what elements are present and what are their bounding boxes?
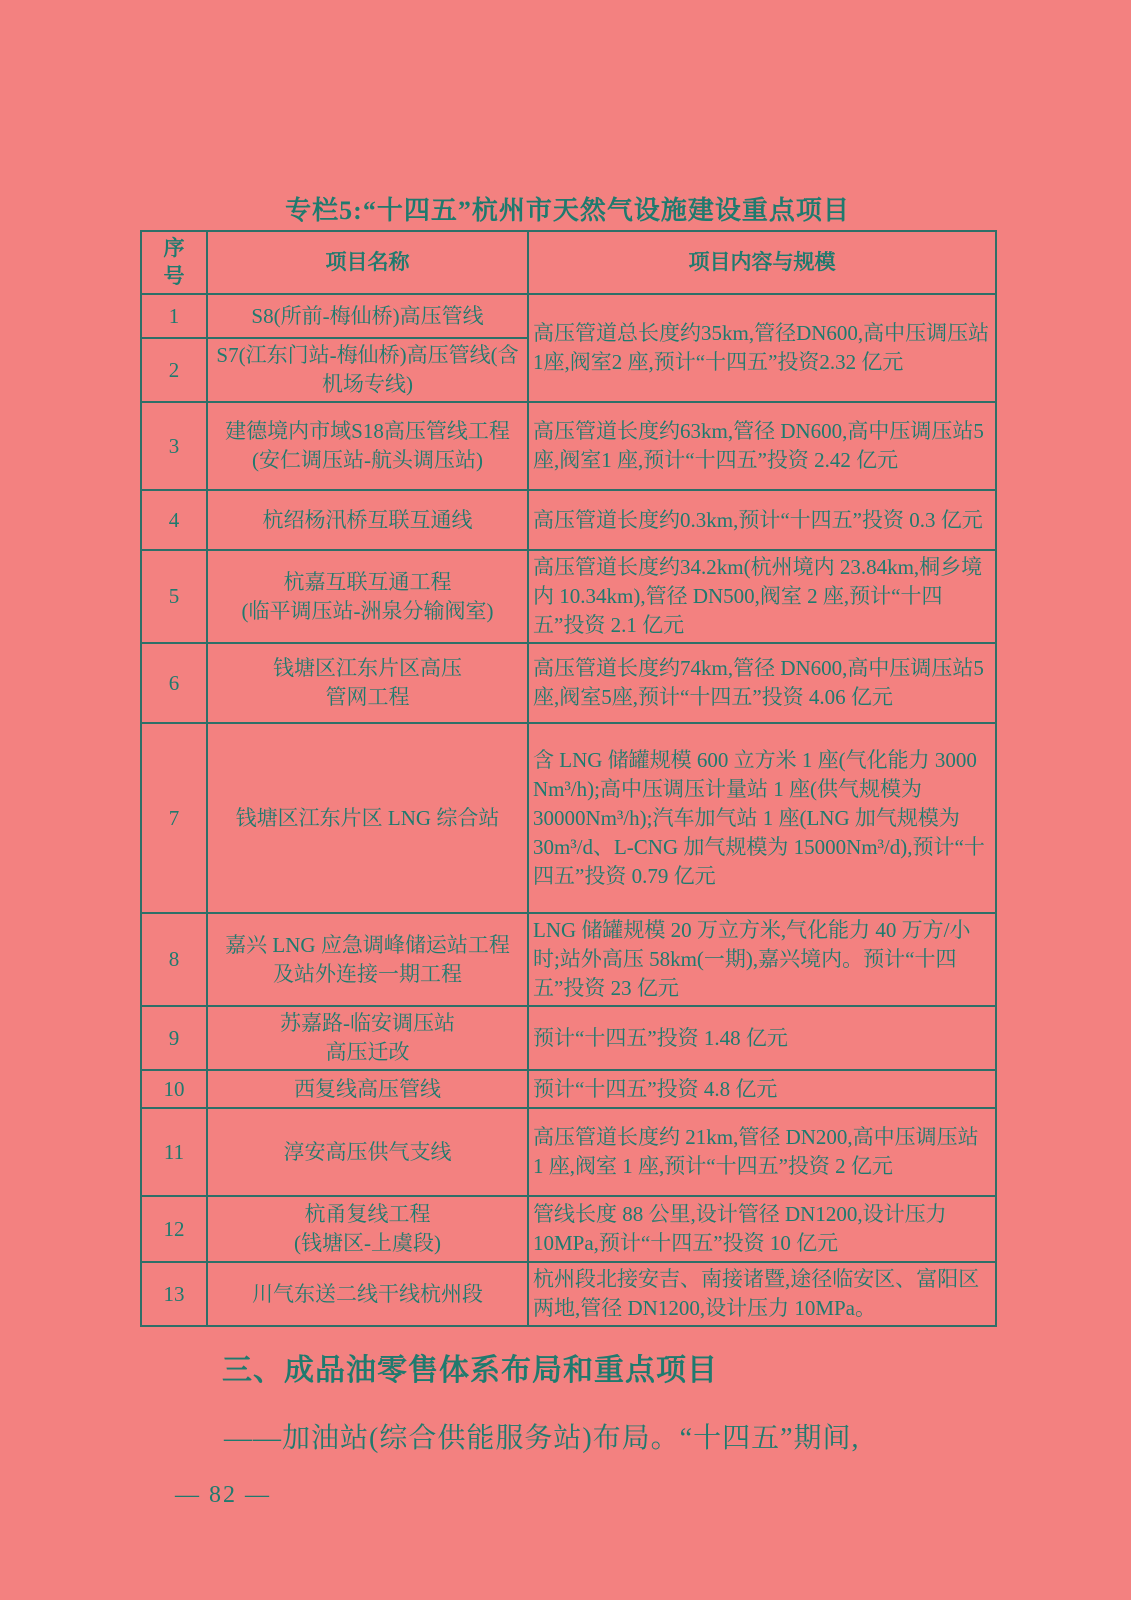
page-number: — 82 — [175,1482,271,1509]
gas-projects-table: 序号 项目名称 项目内容与规模 1 S8(所前-梅仙桥)高压管线 高压管道总长度… [140,230,997,1327]
table-row: 3 建德境内市域S18高压管线工程 (安仁调压站-航头调压站) 高压管道长度约6… [141,402,996,490]
project-content: 高压管道长度约 21km,管径 DN200,高中压调压站 1 座,阀室 1 座,… [528,1108,996,1196]
table-row: 12 杭甬复线工程 (钱塘区-上虞段) 管线长度 88 公里,设计管径 DN12… [141,1196,996,1262]
table-row: 9 苏嘉路-临安调压站 高压迁改 预计“十四五”投资 1.48 亿元 [141,1006,996,1070]
header-no: 序号 [141,231,207,294]
row-no: 11 [141,1108,207,1196]
section-heading: 三、成品油零售体系布局和重点项目 [222,1353,995,1389]
project-content: 高压管道长度约34.2km(杭州境内 23.84km,桐乡境内 10.34km)… [528,550,996,643]
project-content: 管线长度 88 公里,设计管径 DN1200,设计压力 10MPa,预计“十四五… [528,1196,996,1262]
project-name: 杭绍杨汛桥互联互通线 [207,490,528,550]
table-row: 6 钱塘区江东片区高压 管网工程 高压管道长度约74km,管径 DN600,高中… [141,643,996,723]
table-row: 1 S8(所前-梅仙桥)高压管线 高压管道总长度约35km,管径DN600,高中… [141,294,996,338]
table-row: 7 钱塘区江东片区 LNG 综合站 含 LNG 储罐规模 600 立方米 1 座… [141,723,996,913]
row-no: 8 [141,913,207,1006]
project-name: S7(江东门站-梅仙桥)高压管线(含机场专线) [207,338,528,402]
row-no: 7 [141,723,207,913]
project-content: LNG 储罐规模 20 万立方米,气化能力 40 万方/小时;站外高压 58km… [528,913,996,1006]
row-no: 12 [141,1196,207,1262]
table-row: 4 杭绍杨汛桥互联互通线 高压管道长度约0.3km,预计“十四五”投资 0.3 … [141,490,996,550]
row-no: 1 [141,294,207,338]
project-name: S8(所前-梅仙桥)高压管线 [207,294,528,338]
table-row: 10 西复线高压管线 预计“十四五”投资 4.8 亿元 [141,1070,996,1108]
project-name: 川气东送二线干线杭州段 [207,1262,528,1326]
document-page: 专栏5:“十四五”杭州市天然气设施建设重点项目 序号 项目名称 项目内容与规模 … [0,0,1131,1600]
header-content: 项目内容与规模 [528,231,996,294]
table-row: 8 嘉兴 LNG 应急调峰储运站工程 及站外连接一期工程 LNG 储罐规模 20… [141,913,996,1006]
project-name: 西复线高压管线 [207,1070,528,1108]
row-no: 4 [141,490,207,550]
row-no: 13 [141,1262,207,1326]
project-name: 杭嘉互联互通工程 (临平调压站-洲泉分输阀室) [207,550,528,643]
project-content: 高压管道长度约0.3km,预计“十四五”投资 0.3 亿元 [528,490,996,550]
table-row: 13 川气东送二线干线杭州段 杭州段北接安吉、南接诸暨,途径临安区、富阳区两地,… [141,1262,996,1326]
project-name: 嘉兴 LNG 应急调峰储运站工程 及站外连接一期工程 [207,913,528,1006]
project-content: 高压管道长度约63km,管径 DN600,高中压调压站5 座,阀室1 座,预计“… [528,402,996,490]
project-content: 预计“十四五”投资 1.48 亿元 [528,1006,996,1070]
row-no: 2 [141,338,207,402]
header-name: 项目名称 [207,231,528,294]
project-content: 预计“十四五”投资 4.8 亿元 [528,1070,996,1108]
project-name: 建德境内市域S18高压管线工程 (安仁调压站-航头调压站) [207,402,528,490]
table-row: 5 杭嘉互联互通工程 (临平调压站-洲泉分输阀室) 高压管道长度约34.2km(… [141,550,996,643]
page-content: 专栏5:“十四五”杭州市天然气设施建设重点项目 序号 项目名称 项目内容与规模 … [140,196,995,1457]
row-no: 9 [141,1006,207,1070]
project-content: 高压管道总长度约35km,管径DN600,高中压调压站1座,阀室2 座,预计“十… [528,294,996,402]
project-name: 钱塘区江东片区高压 管网工程 [207,643,528,723]
row-no: 6 [141,643,207,723]
project-name: 苏嘉路-临安调压站 高压迁改 [207,1006,528,1070]
table-row: 11 淳安高压供气支线 高压管道长度约 21km,管径 DN200,高中压调压站… [141,1108,996,1196]
project-content: 高压管道长度约74km,管径 DN600,高中压调压站5 座,阀室5座,预计“十… [528,643,996,723]
box-title: 专栏5:“十四五”杭州市天然气设施建设重点项目 [140,196,995,226]
section-paragraph: ——加油站(综合供能服务站)布局。“十四五”期间, [140,1421,995,1457]
project-name: 淳安高压供气支线 [207,1108,528,1196]
row-no: 5 [141,550,207,643]
project-content: 含 LNG 储罐规模 600 立方米 1 座(气化能力 3000 Nm³/h);… [528,723,996,913]
project-content: 杭州段北接安吉、南接诸暨,途径临安区、富阳区两地,管径 DN1200,设计压力 … [528,1262,996,1326]
project-name: 杭甬复线工程 (钱塘区-上虞段) [207,1196,528,1262]
project-name: 钱塘区江东片区 LNG 综合站 [207,723,528,913]
table-header-row: 序号 项目名称 项目内容与规模 [141,231,996,294]
row-no: 3 [141,402,207,490]
row-no: 10 [141,1070,207,1108]
